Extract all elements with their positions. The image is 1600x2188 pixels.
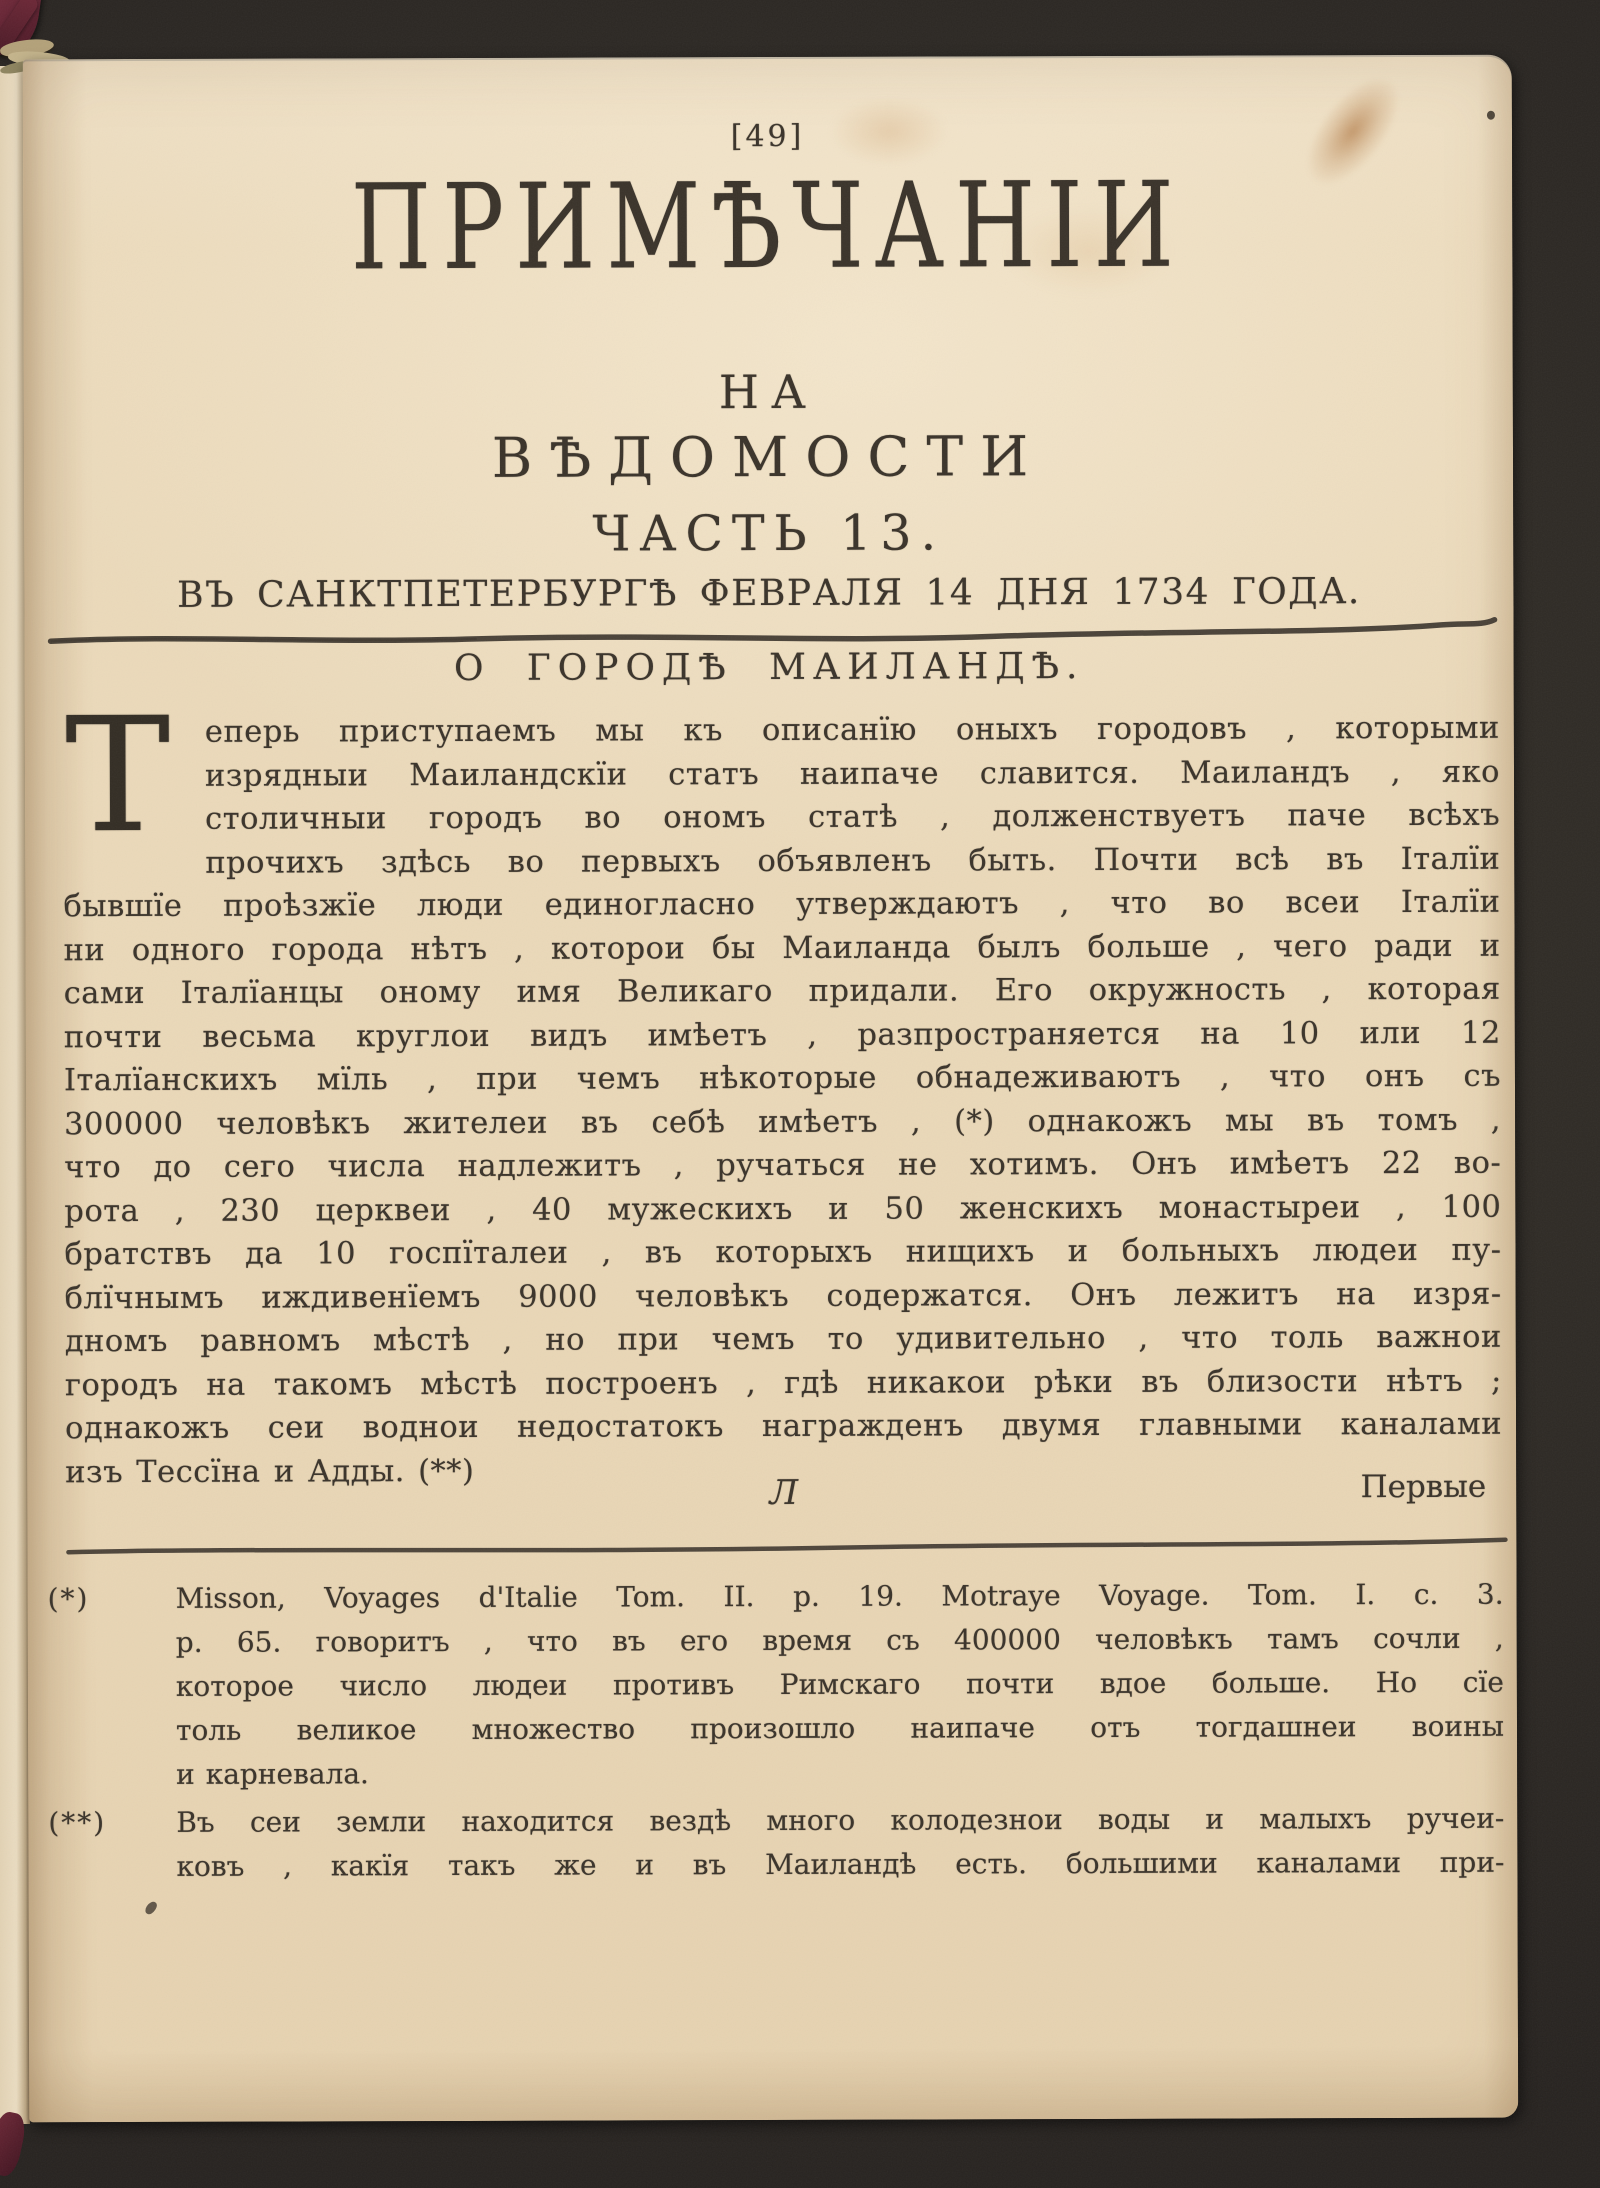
body-line: ни одного города нѣтъ , которои бы Маила… xyxy=(63,924,1500,972)
body-line: однакожъ сеи воднои недостатокъ награжде… xyxy=(65,1403,1502,1451)
masthead-title: ПРИМѢЧАНІИ xyxy=(187,157,1349,296)
footnote-rule xyxy=(65,1531,1513,1562)
issue-dateline: ВЪ САНКТПЕТЕРБУРГѢ ФЕВРАЛЯ 14 ДНЯ 1734 Г… xyxy=(24,571,1513,617)
body-line: прочихъ здѣсь во первыхъ объявленъ быть.… xyxy=(63,837,1500,885)
body-line: бывшїе проѣзжїе люди единогласно утвержд… xyxy=(63,881,1500,929)
body-line: дномъ равномъ мѣстѣ , но при чемъ то уди… xyxy=(65,1316,1502,1364)
body-line: блїчнымъ иждивенїемъ 9000 человѣкъ содер… xyxy=(65,1272,1502,1320)
ink-speck xyxy=(144,1900,159,1917)
page: [49] ПРИМѢЧАНІИ НА ВѢДОМОСТИ ЧАСТЬ 13. В… xyxy=(23,55,1518,2123)
body-line: 300000 человѣкъ жителеи въ себѣ имѣетъ ,… xyxy=(64,1098,1501,1146)
signature-mark: Л xyxy=(65,1471,1502,1516)
body-line: братствъ да 10 госпїталеи , въ которыхъ … xyxy=(64,1229,1501,1277)
footnote-line: Въ сеи земли находится вездѣ много колод… xyxy=(176,1797,1504,1845)
signature-line: Л Первые xyxy=(65,1471,1502,1520)
footnote: (*) Misson, Voyages d'Italie Tom. II. p.… xyxy=(48,1573,1505,1798)
footnote-line: ковъ , какїя такъ же и въ Маиландѣ есть.… xyxy=(176,1841,1504,1889)
footnote-marker: (*) xyxy=(48,1577,168,1621)
footnote-marker: (**) xyxy=(48,1801,168,1845)
article-body: Т еперь приступаемъ мы къ описанїю оныхъ… xyxy=(63,707,1502,1495)
footnote-line: Misson, Voyages d'Italie Tom. II. p. 19.… xyxy=(176,1573,1504,1621)
drop-cap: Т xyxy=(65,715,171,839)
footnote-line: которое число людеи противъ Римскаго поч… xyxy=(176,1661,1504,1709)
body-line: Італїанскихъ мїль , при чемъ нѣкоторые о… xyxy=(64,1055,1501,1103)
footnote-line: и карневала. xyxy=(176,1749,1504,1797)
body-line: городъ на такомъ мѣстѣ построенъ , гдѣ н… xyxy=(65,1359,1502,1407)
book-scan: [49] ПРИМѢЧАНІИ НА ВѢДОМОСТИ ЧАСТЬ 13. В… xyxy=(0,0,1600,2188)
issue-part: ЧАСТЬ 13. xyxy=(24,503,1513,565)
footnote-line: толь великое множество произошло наипаче… xyxy=(176,1705,1504,1753)
body-line: еперь приступаемъ мы къ описанїю оныхъ г… xyxy=(63,707,1500,755)
body-line: почти весьма круглои видъ имѣетъ , разпр… xyxy=(64,1011,1501,1059)
body-line: что до сего числа надлежитъ , ручаться н… xyxy=(64,1142,1501,1190)
masthead-subtitle: ВѢДОМОСТИ xyxy=(24,423,1513,492)
body-line: сами Італїанцы оному имя Великаго придал… xyxy=(64,968,1501,1016)
footnote-line: p. 65. говоритъ , что въ его время съ 40… xyxy=(176,1617,1504,1665)
body-line: столичныи городъ во ономъ статѣ , должен… xyxy=(63,794,1500,842)
masthead-preposition: НА xyxy=(24,363,1513,422)
ink-speck xyxy=(1487,111,1495,120)
catchword: Первые xyxy=(1360,1469,1486,1505)
body-line: рота , 230 церквеи , 40 мужескихъ и 50 ж… xyxy=(64,1185,1501,1233)
footnote: (**) Въ сеи земли находится вездѣ много … xyxy=(48,1797,1504,1890)
section-heading: О ГОРОДѢ МАИЛАНДѢ. xyxy=(25,645,1514,691)
folio-number: [49] xyxy=(23,117,1512,157)
body-line: изрядныи Маиландскїи статъ наипаче слави… xyxy=(63,750,1500,798)
